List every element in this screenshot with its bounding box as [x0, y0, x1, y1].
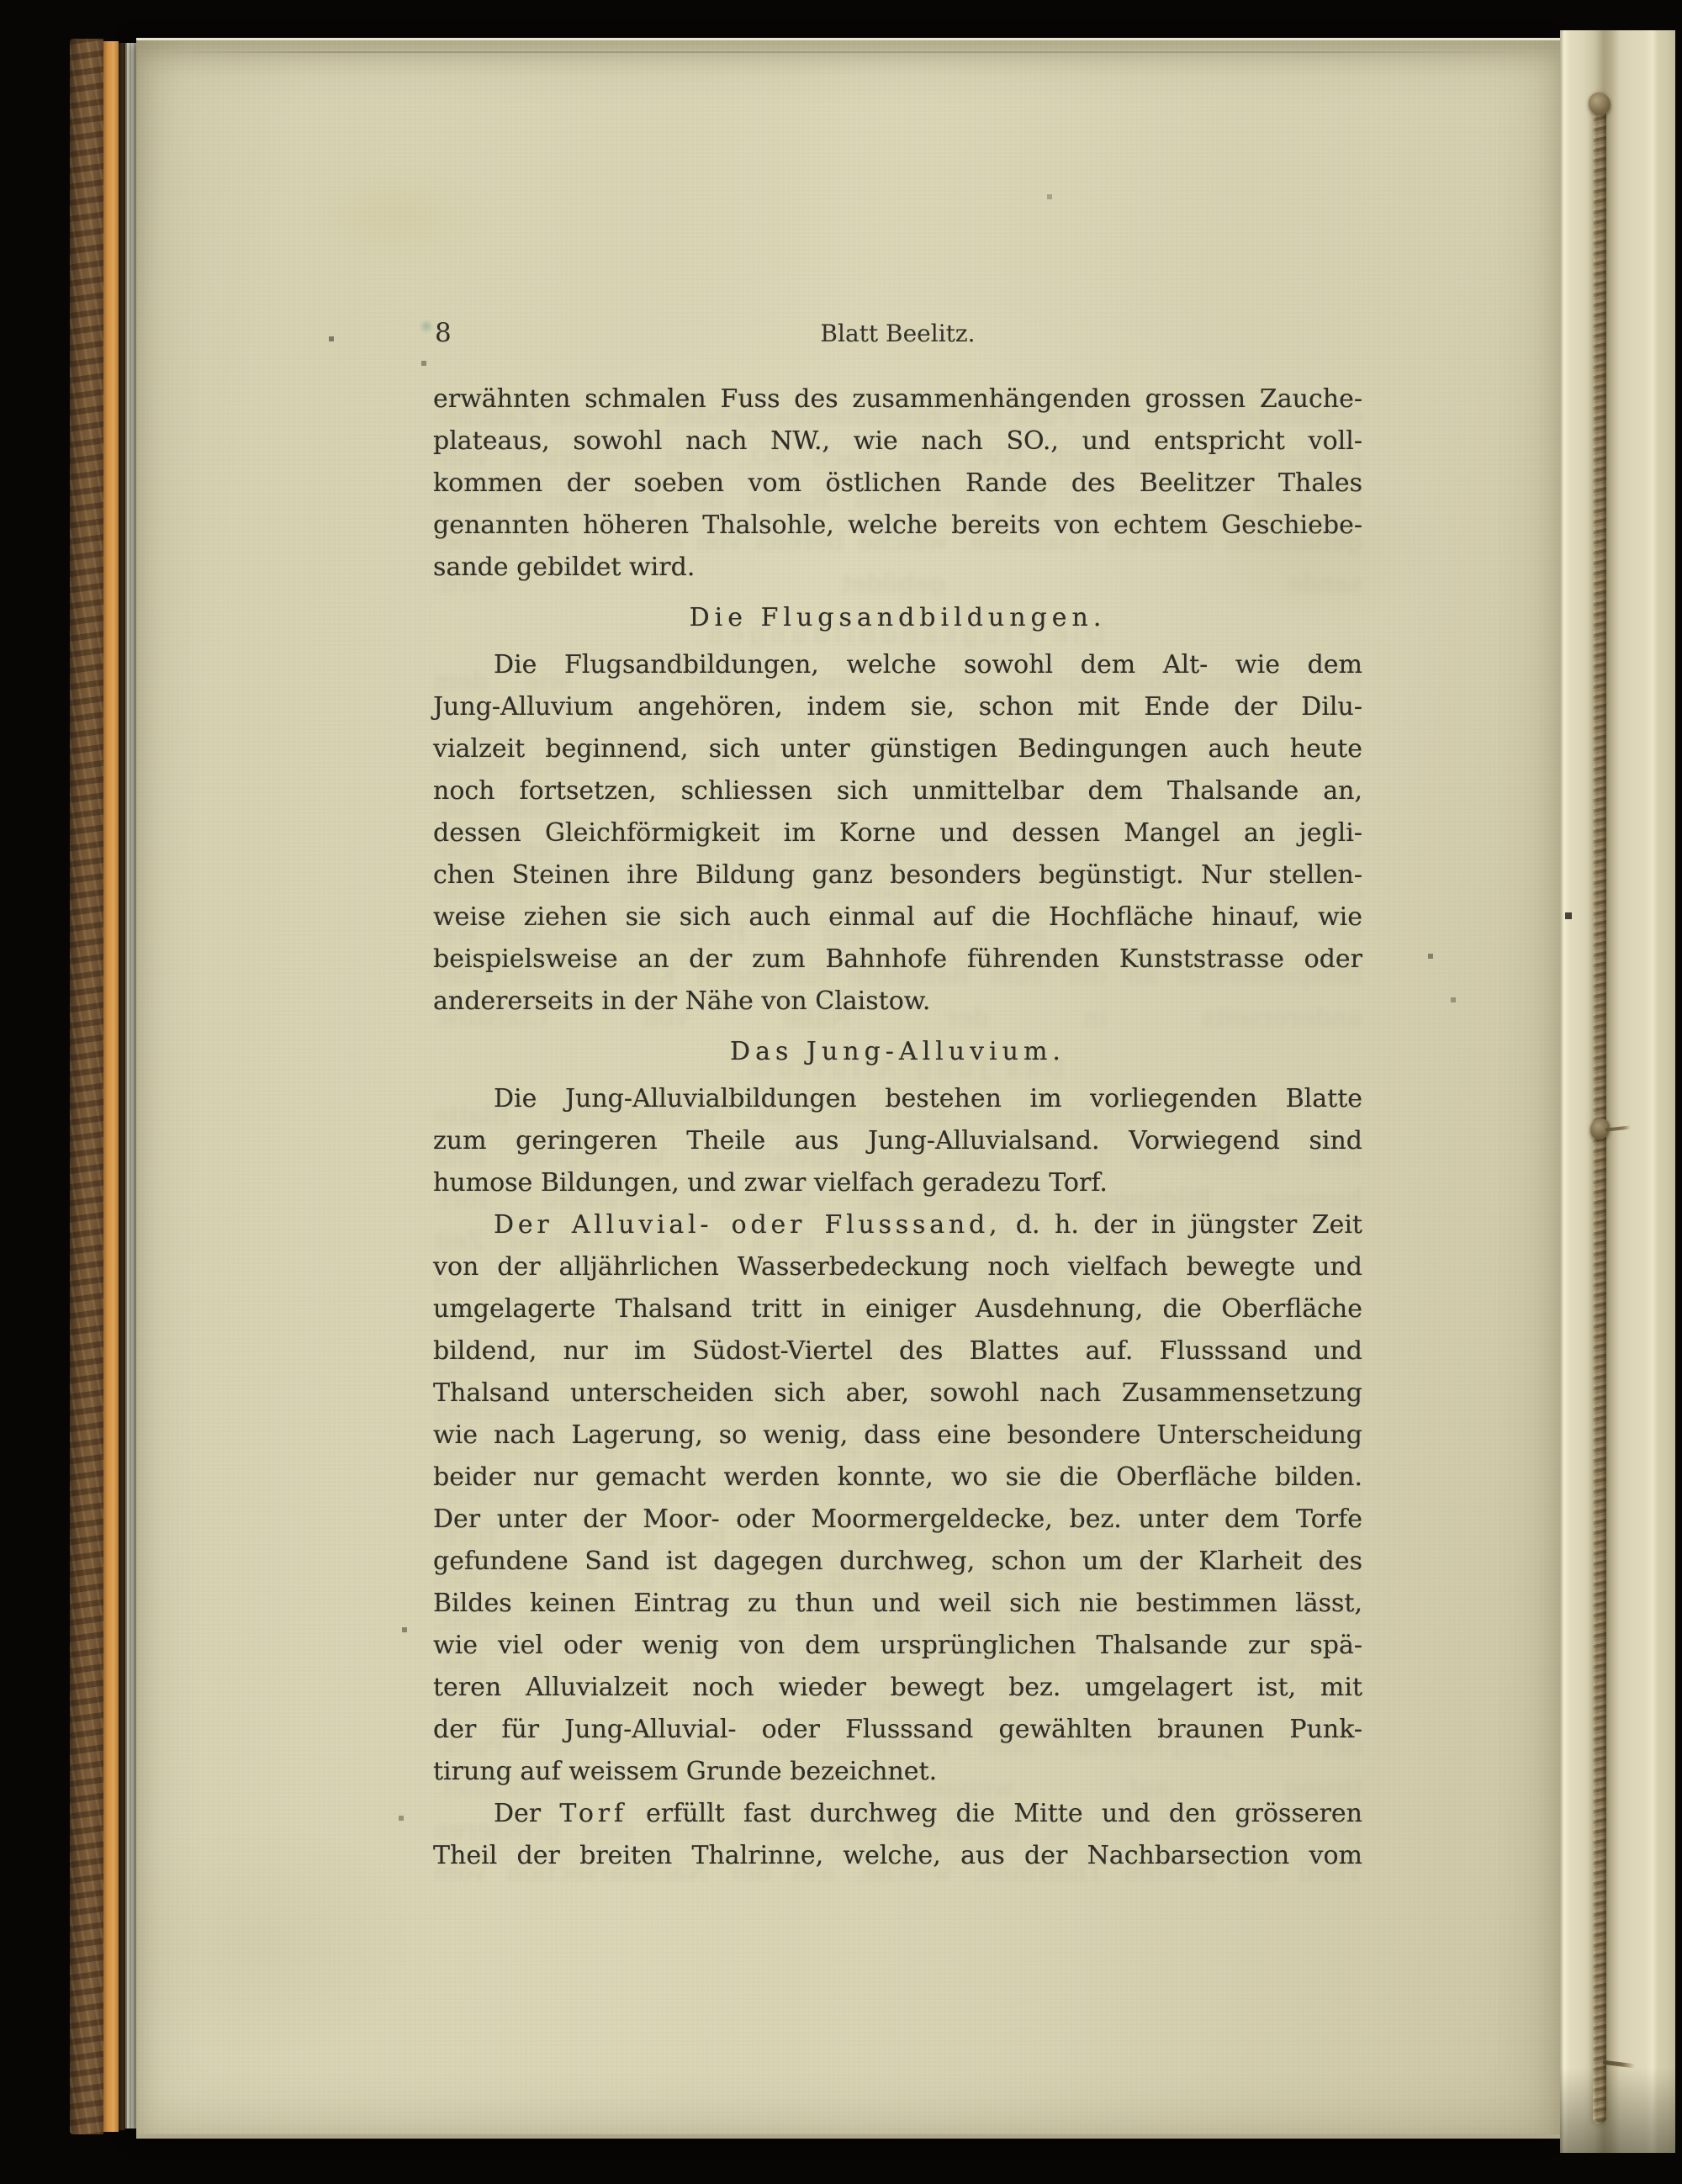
text-line: der für Jung-Alluvial- oder Flusssand ge… — [433, 1709, 1362, 1751]
text-line: Die Flugsandbildungen, welche sowohl dem… — [433, 644, 1362, 686]
text-segment: vialzeit beginnend, sich unter günstigen… — [433, 734, 1362, 764]
text-line: gefundene Sand ist dagegen durchweg, sch… — [433, 1541, 1362, 1583]
text-segment: weise ziehen sie sich auch einmal auf di… — [433, 902, 1362, 932]
text-line: weise ziehen sie sich auch einmal auf di… — [433, 896, 1362, 939]
text-segment: beispielsweise an der zum Bahnhofe führe… — [433, 944, 1362, 974]
running-title: Blatt Beelitz. — [433, 320, 1362, 347]
page-header: 8 Blatt Beelitz. — [433, 315, 1362, 353]
emphasized-term: Der Alluvial- oder Flusssand, — [494, 1210, 1001, 1240]
text-segment: genannten höheren Thalsohle, welche bere… — [433, 510, 1362, 540]
text-line: wie viel oder wenig von dem ursprünglich… — [433, 1625, 1362, 1667]
text-line: Der Torf erfüllt fast durchweg die Mitte… — [433, 1793, 1362, 1835]
paper-specks — [0, 0, 2, 2]
text-line: beispielsweise an der zum Bahnhofe führe… — [433, 939, 1362, 981]
text-line: chen Steinen ihre Bildung ganz besonders… — [433, 854, 1362, 896]
text-segment: bildend, nur im Südost-Viertel des Blatt… — [433, 1336, 1362, 1366]
text-line: plateaus, sowohl nach NW., wie nach SO.,… — [433, 420, 1362, 463]
text-segment: kommen der soeben vom östlichen Rande de… — [433, 468, 1362, 498]
text-line: zum geringeren Theile aus Jung-Alluvials… — [433, 1120, 1362, 1162]
text-line: tirung auf weissem Grunde bezeichnet. — [433, 1751, 1362, 1793]
text-segment: zum geringeren Theile aus Jung-Alluvials… — [433, 1126, 1362, 1155]
section-heading: Das Jung-Alluvium. — [433, 1031, 1362, 1073]
text-line: Der Alluvial- oder Flusssand, d. h. der … — [433, 1204, 1362, 1246]
text-line: humose Bildungen, und zwar vielfach gera… — [433, 1162, 1362, 1204]
text-segment: beider nur gemacht werden konnte, wo sie… — [433, 1462, 1362, 1492]
text-line: noch fortsetzen, schliessen sich unmitte… — [433, 770, 1362, 812]
text-segment: Der — [494, 1799, 559, 1828]
text-segment: dessen Gleichförmigkeit im Korne und des… — [433, 818, 1362, 848]
text-segment: andererseits in der Nähe von Claistow. — [433, 986, 930, 1016]
text-segment: erwähnten schmalen Fuss des zusammenhäng… — [433, 384, 1362, 414]
book-scan-photo: erwähnten schmalen Fuss des zusammenhäng… — [0, 0, 1682, 2184]
text-line: vialzeit beginnend, sich unter günstigen… — [433, 728, 1362, 770]
thread-knot-top — [1589, 93, 1611, 114]
page-edge-stack — [125, 43, 136, 2128]
text-segment: noch fortsetzen, schliessen sich unmitte… — [433, 776, 1362, 806]
text-line: sande gebildet wird. — [433, 547, 1362, 589]
text-segment: teren Alluvialzeit noch wieder bewegt be… — [433, 1673, 1362, 1702]
under-sheet-edge-line — [161, 51, 1528, 53]
spine-shadow-strip — [119, 43, 125, 2130]
text-segment: chen Steinen ihre Bildung ganz besonders… — [433, 860, 1362, 890]
text-segment: erfüllt fast durchweg die Mitte und den … — [627, 1799, 1362, 1828]
text-segment: humose Bildungen, und zwar vielfach gera… — [433, 1168, 1108, 1198]
emphasized-term: Torf — [559, 1799, 627, 1828]
text-line: umgelagerte Thalsand tritt in einiger Au… — [433, 1288, 1362, 1330]
text-line: bildend, nur im Südost-Viertel des Blatt… — [433, 1330, 1362, 1372]
binding-thread — [1593, 94, 1606, 2124]
text-segment: plateaus, sowohl nach NW., wie nach SO.,… — [433, 426, 1362, 456]
text-segment: von der alljährlichen Wasserbedeckung no… — [433, 1252, 1362, 1282]
text-segment: Die Jung-Alluvialbildungen bestehen im v… — [494, 1084, 1362, 1113]
text-line: von der alljährlichen Wasserbedeckung no… — [433, 1246, 1362, 1288]
text-segment: Thalsand unterscheiden sich aber, sowohl… — [433, 1378, 1362, 1408]
section-heading: Die Flugsandbildungen. — [433, 597, 1362, 639]
text-line: wie nach Lagerung, so wenig, dass eine b… — [433, 1415, 1362, 1457]
ink-fleck — [420, 319, 433, 334]
text-segment: tirung auf weissem Grunde bezeichnet. — [433, 1757, 937, 1786]
text-line: Bildes keinen Eintrag zu thun und weil s… — [433, 1583, 1362, 1625]
text-line: Jung-Alluvium angehören, indem sie, scho… — [433, 686, 1362, 728]
spine-leather-strip — [70, 39, 103, 2134]
text-line: erwähnten schmalen Fuss des zusammenhäng… — [433, 378, 1362, 420]
text-segment: Theil der breiten Thalrinne, welche, aus… — [433, 1841, 1362, 1870]
text-segment: Jung-Alluvium angehören, indem sie, scho… — [433, 692, 1362, 722]
text-line: beider nur gemacht werden konnte, wo sie… — [433, 1457, 1362, 1499]
text-segment: d. h. der in jüngster Zeit — [1001, 1210, 1362, 1240]
text-line: genannten höheren Thalsohle, welche bere… — [433, 505, 1362, 547]
text-segment: Bildes keinen Eintrag zu thun und weil s… — [433, 1589, 1362, 1618]
text-segment: gefundene Sand ist dagegen durchweg, sch… — [433, 1547, 1362, 1576]
text-segment: sande gebildet wird. — [433, 553, 695, 582]
spine-accent-strip — [103, 41, 119, 2132]
text-line: andererseits in der Nähe von Claistow. — [433, 981, 1362, 1023]
text-segment: Der unter der Moor- oder Moormergeldecke… — [433, 1504, 1362, 1534]
text-segment: Die Flugsandbildungen, welche sowohl dem… — [494, 650, 1362, 680]
gutter-fold — [1560, 30, 1675, 2153]
text-line: Die Jung-Alluvialbildungen bestehen im v… — [433, 1078, 1362, 1120]
text-segment: wie viel oder wenig von dem ursprünglich… — [433, 1631, 1362, 1660]
text-line: kommen der soeben vom östlichen Rande de… — [433, 463, 1362, 505]
text-line: Der unter der Moor- oder Moormergeldecke… — [433, 1499, 1362, 1541]
text-segment: der für Jung-Alluvial- oder Flusssand ge… — [433, 1715, 1362, 1744]
text-segment: umgelagerte Thalsand tritt in einiger Au… — [433, 1294, 1362, 1324]
text-line: Theil der breiten Thalrinne, welche, aus… — [433, 1835, 1362, 1877]
text-line: Thalsand unterscheiden sich aber, sowohl… — [433, 1372, 1362, 1415]
text-line: teren Alluvialzeit noch wieder bewegt be… — [433, 1667, 1362, 1709]
text-segment: wie nach Lagerung, so wenig, dass eine b… — [433, 1420, 1362, 1450]
text-column: erwähnten schmalen Fuss des zusammenhäng… — [433, 378, 1362, 1877]
text-line: dessen Gleichförmigkeit im Korne und des… — [433, 812, 1362, 854]
